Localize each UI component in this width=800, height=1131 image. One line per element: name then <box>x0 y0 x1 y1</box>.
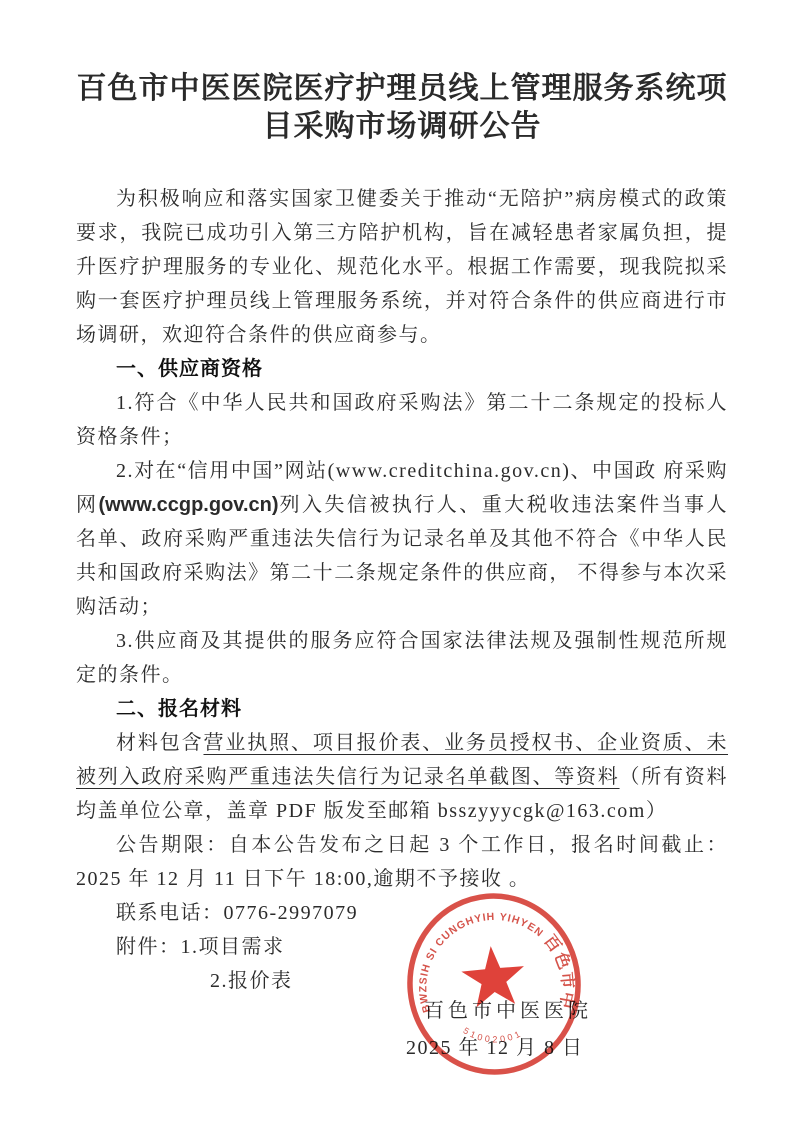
supplier-item-2: 2.对在“信用中国”网站(www.creditchina.gov.cn)、中国政… <box>76 454 728 624</box>
deadline-paragraph: 公告期限：自本公告发布之日起 3 个工作日，报名时间截止：2025 年 12 月… <box>76 828 728 896</box>
attachments-line-2: 2.报价表 <box>76 964 728 998</box>
page-title: 百色市中医医院医疗护理员线上管理服务系统项目采购市场调研公告 <box>76 70 728 146</box>
supplier-item-1: 1.符合《中华人民共和国政府采购法》第二十二条规定的投标人资格条件； <box>76 386 728 454</box>
section-heading-supplier-qualifications: 一、供应商资格 <box>76 352 728 386</box>
document-content: 百色市中医医院医疗护理员线上管理服务系统项目采购市场调研公告 为积极响应和落实国… <box>0 0 800 998</box>
ccgp-url-text: (www.ccgp.gov.cn) <box>98 494 278 516</box>
signature-organization: 百色市中医医院 <box>424 994 592 1023</box>
signature-date: 2025 年 12 月 8 日 <box>406 1031 584 1060</box>
title-line-1: 百色市中医医院医疗护理员线上管理服务系统项 <box>77 72 728 105</box>
attachment-1: 1.项目需求 <box>181 936 285 958</box>
document-page: 百色市中医医院医疗护理员线上管理服务系统项目采购市场调研公告 为积极响应和落实国… <box>0 0 800 1131</box>
attachments-label: 附件： <box>116 936 181 958</box>
materials-paragraph: 材料包含营业执照、项目报价表、业务员授权书、企业资质、未被列入政府采购严重违法失… <box>76 726 728 828</box>
materials-lead: 材料包含 <box>116 732 203 754</box>
attachments-line-1: 附件：1.项目需求 <box>76 930 728 964</box>
contact-phone-line: 联系电话：0776-2997079 <box>76 896 728 930</box>
supplier-item-3: 3.供应商及其提供的服务应符合国家法律法规及强制性规范所规定的条件。 <box>76 624 728 692</box>
intro-paragraph: 为积极响应和落实国家卫健委关于推动“无陪护”病房模式的政策要求，我院已成功引入第… <box>76 182 728 352</box>
section-heading-application-materials: 二、报名材料 <box>76 692 728 726</box>
title-line-2: 目采购市场调研公告 <box>263 110 542 143</box>
